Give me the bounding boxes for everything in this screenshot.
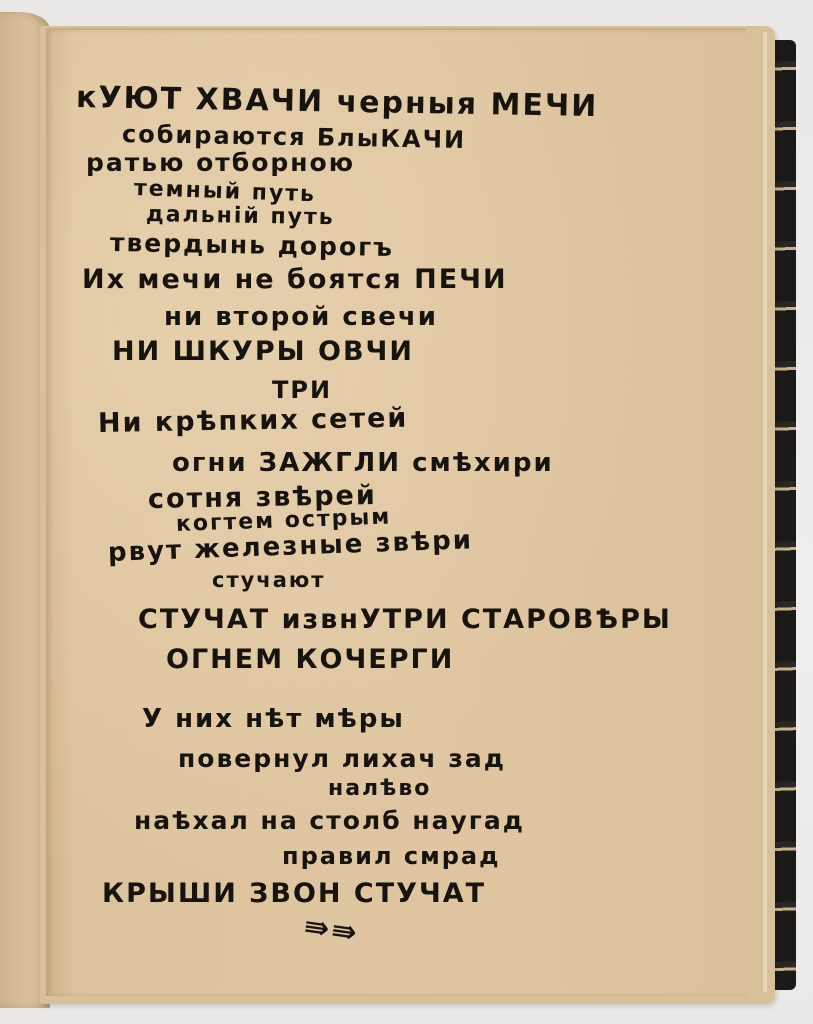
- poem-line: повернул лихач зад: [178, 744, 506, 773]
- closing-arrows-mark: ⇛ ⇛: [302, 909, 355, 950]
- poem-line: ратью отборною: [86, 148, 355, 177]
- poem-line: налѣво: [328, 776, 431, 801]
- poem-line: У них нѣт мѣры: [142, 704, 405, 734]
- poem-line: Ни крѣпких сетей: [98, 403, 409, 439]
- poem-line: СТУЧАТ извнУТРИ СТАРОВѢРЫ: [138, 604, 672, 635]
- poem-line: огни ЗАЖГЛИ смѣхири: [172, 448, 554, 478]
- poem-line: НИ ШКУРЫ ОВЧИ: [112, 336, 414, 367]
- poem-line: ТРИ: [272, 376, 332, 404]
- handwritten-page: кУЮТ ХВАЧИ черныя МЕЧИсобираются БлыКАЧИ…: [46, 28, 746, 996]
- poem-line: дальній путь: [146, 202, 335, 230]
- poem-line: Их мечи не боятся ПЕЧИ: [82, 264, 508, 295]
- poem-line: правил смрад: [282, 842, 501, 870]
- poem-line: наѣхал на столб наугад: [134, 806, 525, 835]
- poem-line: ни второй свечи: [164, 302, 438, 332]
- poem-line: рвут железные звѣри: [107, 525, 473, 568]
- poem-line: стучают: [212, 568, 325, 592]
- poem-line: кУЮТ ХВАЧИ черныя МЕЧИ: [76, 80, 599, 124]
- poem-line: КРЫШИ ЗВОН СТУЧАТ: [102, 878, 486, 909]
- poem-line: ОГНЕМ КОЧЕРГИ: [166, 644, 454, 675]
- poem-line: твердынь дорогъ: [110, 228, 394, 262]
